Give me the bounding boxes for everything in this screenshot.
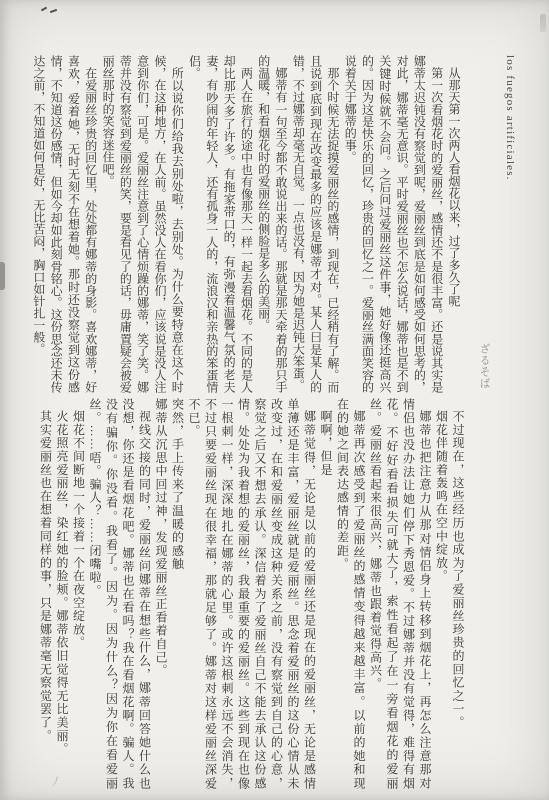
paragraph: 其实爱丽丝也在想着同样的事，只是娜蒂毫无察觉罢了。 [37, 398, 54, 790]
paragraph: 娜蒂从沉思中回过神，发现爱丽丝正看着自己。 [153, 398, 170, 790]
paragraph: 啊啊，但是 [318, 398, 335, 790]
paragraph: 烟花不间断地一个接着一个在夜空绽放。 [70, 398, 87, 790]
margin-label: ざるそば [476, 343, 492, 393]
paragraph: 所以说你们给我去别处啦，去别处。为什么要特意在这个时候，在这种地方，在人前。虽然… [99, 55, 185, 393]
paragraph: 娜蒂觉得，无论是以前的爱丽丝还是现在的爱丽丝，无论是感情单薄还是丰富，爱丽丝就是… [186, 398, 318, 790]
paragraph: 在爱丽丝珍贵的回忆里，处处都有娜蒂的身影。喜欢娜蒂，好喜欢，爱着她，无时无刻不在… [30, 55, 99, 393]
paragraph: 视线交接的同时，爱丽丝问娜蒂在想些什么，娜蒂回答她什么也没想，你还是看烟花吧。娜… [87, 398, 153, 790]
scanned-book-page: ノ los fuegos artificiales. ざるそば 从那天第一次两人… [0, 0, 549, 800]
chapter-side-title: los fuegos artificiales. [504, 55, 516, 340]
text-block-top: 从那天第一次两人看烟花以来，过了多久了呢 第一次看烟花时的爱丽丝，感情还不是很丰… [30, 55, 462, 393]
paragraph: 烟花伴随着轰鸣在空中绽放。 [433, 398, 450, 790]
paragraph: 第一次看烟花时的爱丽丝，感情还不是很丰富。还是说其实是娜蒂太迟钝没有察觉到呢，爱… [341, 55, 445, 393]
scan-mark-top-left [41, 5, 59, 16]
paragraph: 两人在旅行的途中也有像那天一样一起去看烟花。不同的是人却比那天多了许多。有拖家带… [185, 55, 254, 393]
paragraph: 那个时候无法捉摸爱丽丝的感情，到现在，已经稍有了解。而且说到底到现在改变最多的应… [289, 55, 341, 393]
paragraph: 从那天第一次两人看烟花以来，过了多久了呢 [445, 55, 462, 393]
scan-mark-top-right [540, 14, 546, 32]
paragraph: 火花照亮爱丽丝，染红她的脸颊。娜蒂依旧觉得无比美丽。 [54, 398, 71, 790]
paragraph: 娜蒂再次感受到了爱丽丝的感情变得越来越丰富。以前的她和现在的她之间表达感情的差距… [334, 398, 367, 790]
paragraph: 娜蒂有一句至今都不敢说出来的话。那就是那天牵着的那只手的温暖，和看烟花时的爱丽丝… [254, 55, 289, 393]
paragraph: 娜蒂也把注意力从那对情侣身上转移到烟花上，再怎么注意那对情侣也没办法让她们停下秀… [367, 398, 433, 790]
paragraph: 不过现在，这些经历也成为了爱丽丝珍贵的回忆之一。 [450, 398, 467, 790]
paragraph: 突然，手上传来了温暖的感触 [169, 398, 186, 790]
text-block-bottom: 不过现在，这些经历也成为了爱丽丝珍贵的回忆之一。 烟花伴随着轰鸣在空中绽放。 娜… [37, 398, 466, 790]
scan-smudge-left-edge [0, 262, 5, 290]
